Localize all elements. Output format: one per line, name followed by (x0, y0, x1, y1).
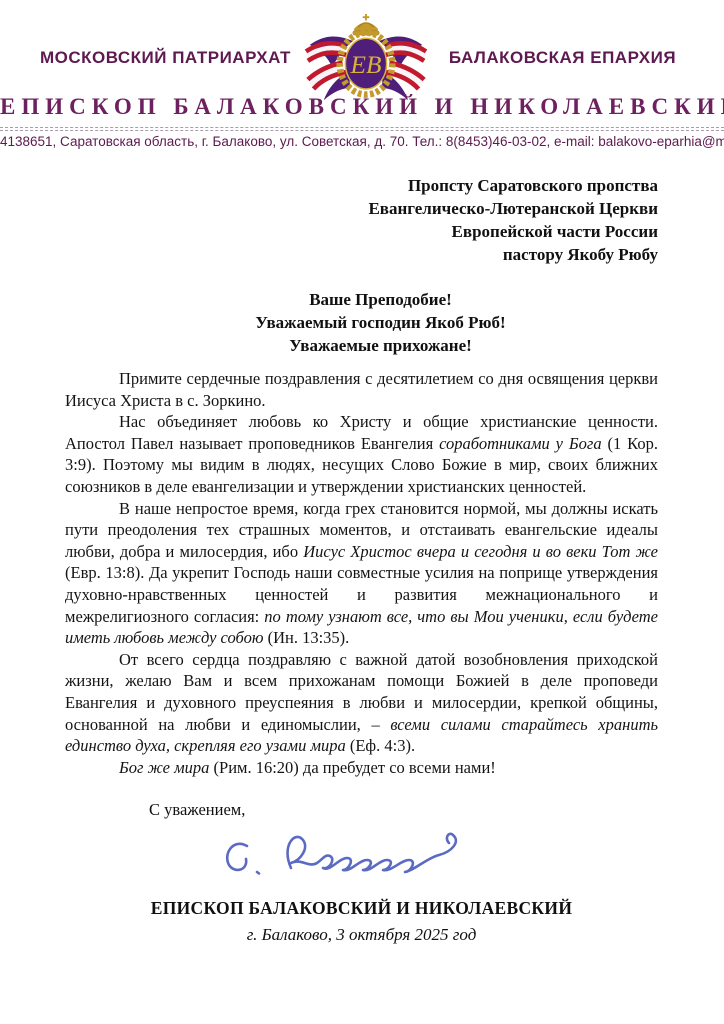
text-segment: (Рим. 16:20) да пребудет со всеми нами! (209, 758, 495, 777)
scripture-quote: Бог же мира (119, 758, 209, 777)
scripture-quote: Иисус Христос вчера и сегодня и во веки … (303, 542, 658, 561)
letter-body: Примите сердечные поздравления с десятил… (65, 368, 658, 778)
body-paragraph: Бог же мира (Рим. 16:20) да пребудет со … (65, 757, 658, 779)
text-segment: Примите сердечные поздравления с десятил… (65, 369, 658, 410)
scripture-quote: соработниками у Бога (439, 434, 602, 453)
recipient-block: Пропсту Саратовского пропства Евангеличе… (65, 174, 658, 266)
recipient-line: Европейской части России (65, 220, 658, 243)
body-paragraph: Нас объединяет любовь ко Христу и общие … (65, 411, 658, 497)
eparchy-crest-icon: ЕВ (291, 10, 441, 106)
salutation-line: Уважаемые прихожане! (84, 334, 677, 357)
patriarchate-label: МОСКОВСКИЙ ПАТРИАРХАТ (40, 48, 291, 68)
contact-line: 4138651, Саратовская область, г. Балаков… (0, 134, 724, 149)
bishop-title: ЕПИСКОП БАЛАКОВСКИЙ И НИКОЛАЕВСКИЙ (0, 94, 724, 120)
signer-title: ЕПИСКОП БАЛАКОВСКИЙ И НИКОЛАЕВСКИЙ (65, 898, 658, 919)
letter-content: Пропсту Саратовского пропства Евангеличе… (0, 174, 724, 945)
letter-page: МОСКОВСКИЙ ПАТРИАРХАТ (0, 0, 724, 1024)
letterhead-divider (0, 127, 724, 131)
recipient-line: пастору Якобу Рюбу (65, 243, 658, 266)
text-segment: (Ин. 13:35). (263, 628, 349, 647)
place-date-line: г. Балаково, 3 октября 2025 год (65, 925, 658, 945)
handwritten-signature (213, 822, 503, 894)
body-paragraph: Примите сердечные поздравления с десятил… (65, 368, 658, 411)
salutation-block: Ваше Преподобие! Уважаемый господин Якоб… (84, 288, 677, 357)
recipient-line: Пропсту Саратовского пропства (65, 174, 658, 197)
text-segment: (Еф. 4:3). (346, 736, 415, 755)
salutation-line: Ваше Преподобие! (84, 288, 677, 311)
signature-area (65, 822, 658, 894)
letterhead: МОСКОВСКИЙ ПАТРИАРХАТ (0, 0, 724, 98)
eparchy-label: БАЛАКОВСКАЯ ЕПАРХИЯ (441, 48, 684, 68)
salutation-line: Уважаемый господин Якоб Рюб! (84, 311, 677, 334)
body-paragraph: В наше непростое время, когда грех стано… (65, 498, 658, 649)
body-paragraph: От всего сердца поздравляю с важной дато… (65, 649, 658, 757)
regards-line: С уважением, (65, 800, 658, 820)
recipient-line: Евангелическо-Лютеранской Церкви (65, 197, 658, 220)
crest-monogram: ЕВ (349, 51, 381, 79)
